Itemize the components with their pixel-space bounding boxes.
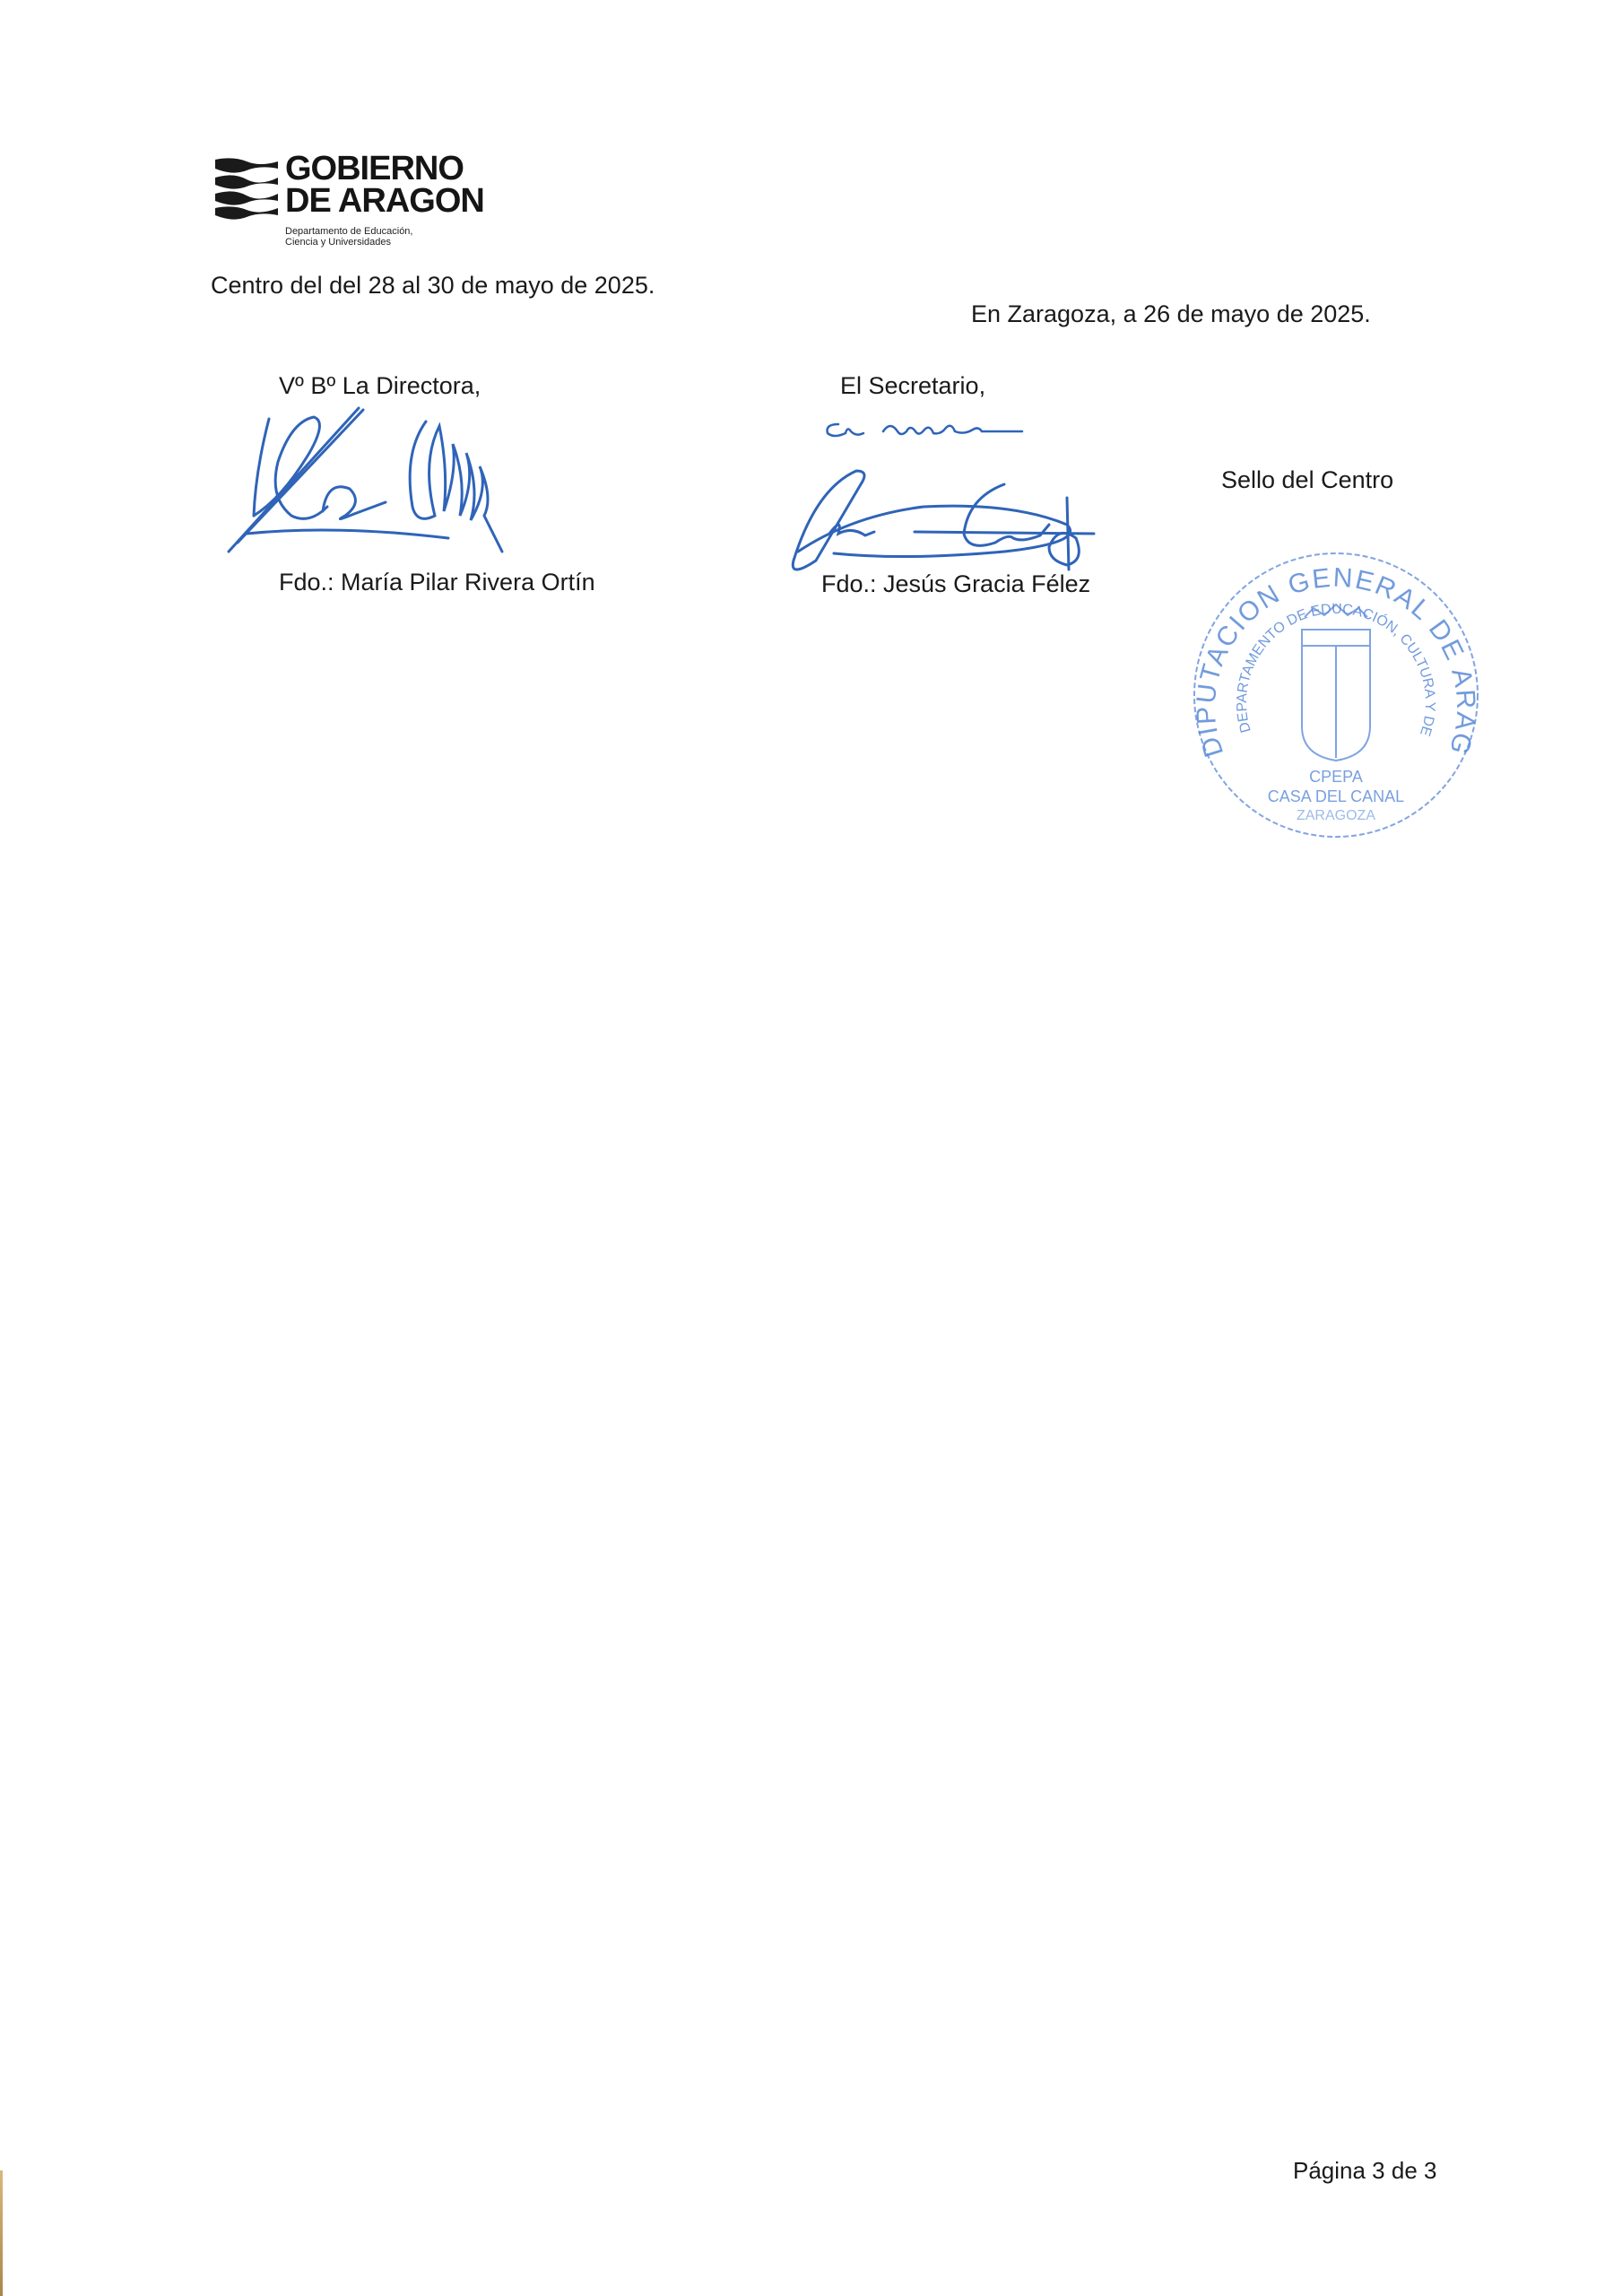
intro-line: Centro del del 28 al 30 de mayo de 2025. — [211, 274, 655, 298]
gobierno-aragon-logo: GOBIERNO DE ARAGON Departamento de Educa… — [215, 152, 538, 260]
seal-label: Sello del Centro — [1221, 468, 1393, 492]
gobierno-aragon-stripes-icon — [215, 156, 278, 221]
secretary-signed-by: Fdo.: Jesús Gracia Félez — [821, 572, 1090, 596]
logo-title-line1: GOBIERNO — [285, 152, 484, 185]
logo-subtitle-line1: Departamento de Educación, — [285, 226, 412, 237]
logo-title: GOBIERNO DE ARAGON — [285, 152, 484, 217]
logo-subtitle: Departamento de Educación, Ciencia y Uni… — [285, 226, 412, 248]
logo-title-line2: DE ARAGON — [285, 185, 484, 217]
seal-center-line1: CPEPA — [1309, 768, 1363, 786]
seal-outer-text: DIPUTACION GENERAL DE ARAGON — [1188, 547, 1480, 761]
director-signed-by: Fdo.: María Pilar Rivera Ortín — [279, 570, 595, 595]
handwritten-note-en-ausencia — [820, 408, 1027, 444]
svg-text:DIPUTACION GENERAL DE ARAGON: DIPUTACION GENERAL DE ARAGON — [1188, 547, 1480, 761]
seal-center-line2: CASA DEL CANAL — [1268, 787, 1404, 805]
place-date: En Zaragoza, a 26 de mayo de 2025. — [971, 302, 1371, 326]
director-signature — [229, 399, 525, 561]
scan-edge-artifact — [0, 2170, 3, 2296]
director-role: Vº Bº La Directora, — [279, 374, 481, 398]
secretary-signature — [780, 462, 1103, 578]
seal-center-line3: ZARAGOZA — [1297, 808, 1375, 823]
logo-subtitle-line2: Ciencia y Universidades — [285, 237, 412, 248]
official-seal-stamp: DIPUTACION GENERAL DE ARAGON DEPARTAMENT… — [1188, 547, 1484, 843]
secretary-role: El Secretario, — [840, 374, 985, 398]
page-number: Página 3 de 3 — [1293, 2159, 1436, 2182]
